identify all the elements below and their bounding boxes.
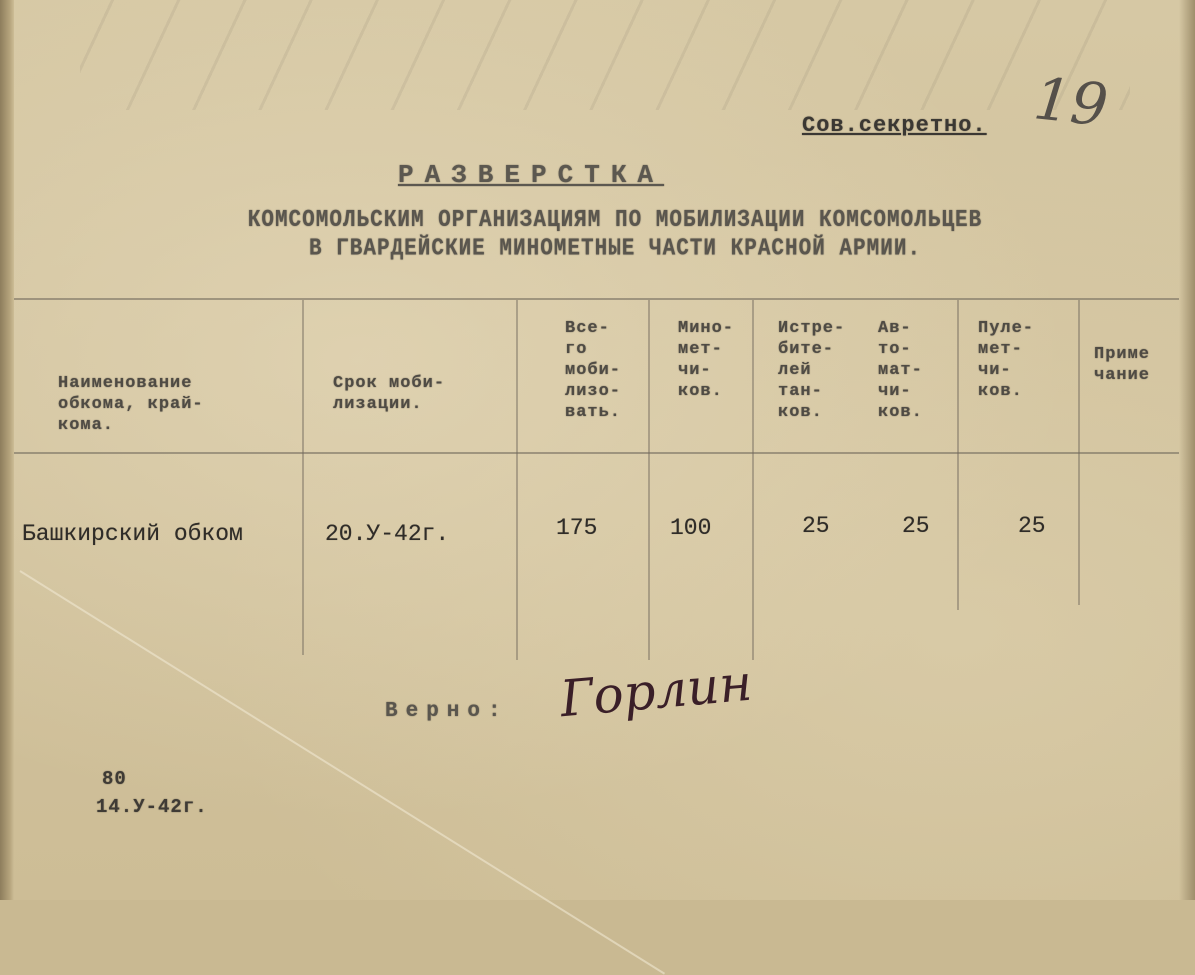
column-divider [302, 300, 304, 655]
cell-antitank: 25 [802, 513, 830, 539]
document-title: РАЗВЕРСТКА [398, 160, 664, 190]
header-machinegun: Пуле- мет- чи- ков. [978, 318, 1034, 402]
subtitle-line-2: В ГВАРДЕЙСКИЕ МИНОМЕТНЫЕ ЧАСТИ КРАСНОЙ А… [160, 235, 1070, 264]
certification-label: Верно: [385, 700, 509, 723]
cell-mortar: 100 [670, 515, 711, 541]
column-divider [752, 300, 754, 660]
cell-machinegun: 25 [1018, 513, 1046, 539]
header-mortar: Мино- мет- чи- ков. [678, 318, 734, 402]
cell-deadline: 20.У-42г. [325, 521, 449, 547]
paper-crease [19, 570, 665, 900]
bleed-through-marks [80, 0, 1130, 110]
footer-code: 80 [96, 765, 208, 793]
cell-total: 175 [556, 515, 597, 541]
column-divider [957, 300, 959, 610]
classification-stamp: Сов.секретно. [802, 113, 987, 138]
document-subtitle: КОМСОМОЛЬСКИМ ОРГАНИЗАЦИЯМ ПО МОБИЛИЗАЦИ… [160, 206, 1070, 264]
header-antitank: Истре- бите- лей тан- ков. [778, 318, 845, 423]
subtitle-line-1: КОМСОМОЛЬСКИМ ОРГАНИЗАЦИЯМ ПО МОБИЛИЗАЦИ… [160, 206, 1070, 235]
header-bottom-rule [14, 452, 1179, 454]
page-number: 19 [1031, 64, 1112, 139]
document-page: 19 Сов.секретно. РАЗВЕРСТКА КОМСОМОЛЬСКИ… [0, 0, 1195, 900]
column-divider [648, 300, 650, 660]
header-organization: Наименование обкома, край- кома. [58, 373, 204, 436]
cell-organization: Башкирский обком [22, 521, 243, 547]
footer-reference: 80 14.У-42г. [96, 765, 208, 821]
column-divider [1078, 300, 1080, 605]
header-total: Все- го моби- лизо- вать. [565, 318, 621, 423]
handwritten-signature: Горлин [558, 654, 755, 729]
header-deadline: Срок моби- лизации. [333, 373, 445, 415]
page-edge [1179, 0, 1195, 900]
header-submachine: Ав- то- мат- чи- ков. [878, 318, 923, 423]
header-note: Приме чание [1094, 344, 1150, 386]
binding-edge [0, 0, 14, 900]
table-top-rule [14, 298, 1179, 300]
column-divider [516, 300, 518, 660]
footer-date: 14.У-42г. [96, 793, 208, 821]
cell-submachine: 25 [902, 513, 930, 539]
